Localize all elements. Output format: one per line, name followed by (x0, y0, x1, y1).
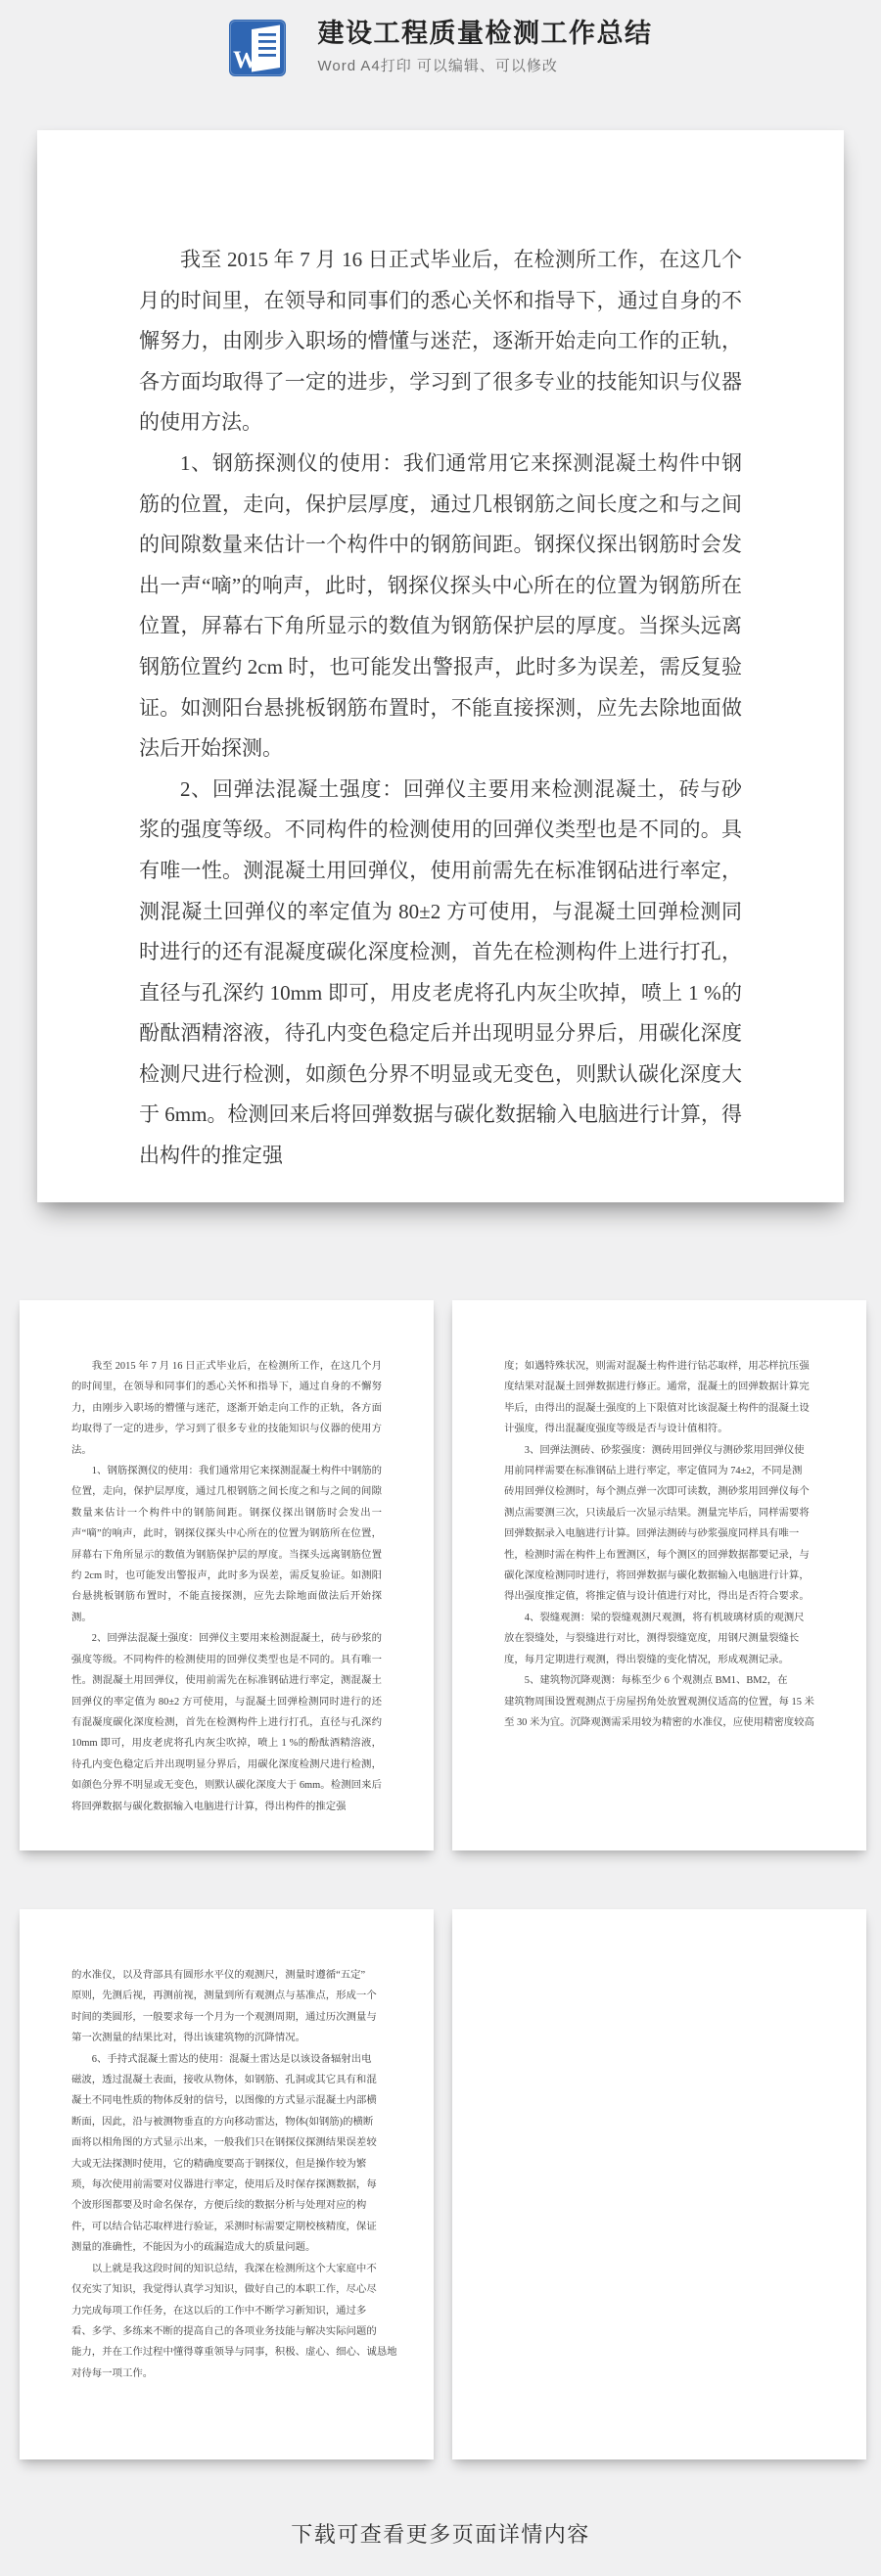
thumb-line: 毕后，由得出的混凝土强度的上下限值对比该混凝土构件的混凝土设 (504, 1398, 814, 1419)
thumb-line: 个波形图都要及时命名保存，方便后续的数据分析与处理对应的构 (71, 2195, 382, 2216)
thumb-line: 测量的准确性，不能因为小的疏漏造成大的质量问题。 (71, 2237, 382, 2258)
thumb-line: 5、建筑物沉降观测：每栋至少 6 个观测点 BM1、BM2，在 (504, 1670, 814, 1691)
thumb-line: 测点需要测三次，只读最后一次显示结果。测量完毕后，同样需要将 (504, 1503, 814, 1523)
thumb-line: 面将以相角图的方式显示出来，一般我们只在钢探仪探测结果误差较 (71, 2132, 382, 2153)
thumb-line: 碳化深度检测同时进行，将回弹数据与碳化数据输入电脑进行计算， (504, 1566, 814, 1586)
thumbnail-page-1-text: 我至 2015 年 7 月 16 日正式毕业后，在检测所工作，在这几个月的时间里… (71, 1356, 382, 1817)
thumbnail-page-2[interactable]: 度；如遇特殊状况，则需对混凝土构件进行钻芯取样，用芯样抗压强度结果对混凝土回弹数… (452, 1300, 866, 1850)
thumb-line: 时间的类圆形，一般要求每一个月为一个观测周期，通过历次测量与 (71, 2007, 382, 2028)
thumb-line: 4、裂缝观测：梁的裂缝观测尺观测，将有机玻璃材质的观测尺 (504, 1608, 814, 1628)
thumb-line: 3、回弹法测砖、砂浆强度：测砖用回弹仪与测砂浆用回弹仪使 (504, 1440, 814, 1461)
thumb-line: 砖用回弹仪检测时，每个测点弹一次即可读数，测砂浆用回弹仪每个 (504, 1481, 814, 1502)
thumb-line: 度结果对混凝土回弹数据进行修正。通常，混凝土的回弹数据计算完 (504, 1377, 814, 1397)
header-text-block: 建设工程质量检测工作总结 Word A4打印 可以编辑、可以修改 (318, 19, 653, 75)
thumbnail-page-3-text: 的水准仪，以及背部具有圆形水平仪的观测尺，测量时遵循“五定”原则，先测后视，再测… (71, 1965, 382, 2384)
thumbnail-page-1[interactable]: 我至 2015 年 7 月 16 日正式毕业后，在检测所工作，在这几个月的时间里… (20, 1300, 434, 1850)
thumb-line: 大或无法探测时使用，它的精确度要高于钢探仪，但是操作较为繁 (71, 2154, 382, 2175)
thumb-line: 对待每一项工作。 (71, 2364, 382, 2384)
thumb-line: 建筑物周围设置观测点于房屋拐角处放置观测仪适高的位置，每 15 米 (504, 1692, 814, 1712)
thumb-line: 的水准仪，以及背部具有圆形水平仪的观测尺，测量时遵循“五定” (71, 1965, 382, 1986)
thumb-paragraph: 2、回弹法混凝土强度：回弹仪主要用来检测混凝土，砖与砂浆的强度等级。不同构件的检… (71, 1628, 382, 1817)
document-subtitle: Word A4打印 可以编辑、可以修改 (318, 55, 653, 75)
thumbnail-grid: 我至 2015 年 7 月 16 日正式毕业后，在检测所工作，在这几个月的时间里… (20, 1300, 866, 2518)
thumbnail-page-3[interactable]: 的水准仪，以及背部具有圆形水平仪的观测尺，测量时遵循“五定”原则，先测后视，再测… (20, 1909, 434, 2459)
thumbnail-page-4[interactable] (452, 1909, 866, 2459)
thumb-line: 得出强度推定值，将推定值与设计值进行对比，得出是否符合要求。 (504, 1586, 814, 1607)
thumb-line: 度；如遇特殊状况，则需对混凝土构件进行钻芯取样，用芯样抗压强 (504, 1356, 814, 1377)
thumbnail-page-2-text: 度；如遇特殊状况，则需对混凝土构件进行钻芯取样，用芯样抗压强度结果对混凝土回弹数… (504, 1356, 814, 1733)
word-icon-letter: W (233, 47, 257, 73)
thumb-line: 原则，先测后视，再测前视，测量到所有观测点与基准点，形成一个 (71, 1986, 382, 2006)
thumb-line: 凝土不同电性质的物体反射的信号，以图像的方式显示混凝土内部横 (71, 2090, 382, 2111)
word-icon: W (229, 20, 286, 76)
thumb-line: 性，检测时需在构件上布置测区，每个测区的回弹数据都要记录，与 (504, 1545, 814, 1566)
thumb-line: 放在裂缝处，与裂缝进行对比，测得裂缝宽度，用钢尺测量裂缝长 (504, 1628, 814, 1649)
thumb-line: 仅充实了知识，我觉得认真学习知识，做好自己的本职工作，尽心尽 (71, 2279, 382, 2300)
thumb-line: 件，可以结合钻芯取样进行验证，采测时标需要定期校核精度，保证 (71, 2217, 382, 2237)
main-page-preview: 我至 2015 年 7 月 16 日正式毕业后，在检测所工作，在这几个月的时间里… (37, 130, 844, 1202)
thumb-paragraph: 我至 2015 年 7 月 16 日正式毕业后，在检测所工作，在这几个月的时间里… (71, 1356, 382, 1461)
page-canvas: W 建设工程质量检测工作总结 Word A4打印 可以编辑、可以修改 我至 20… (0, 0, 881, 2576)
thumb-line: 度，每月定期进行观测，得出裂缝的变化情况，形成观测记录。 (504, 1650, 814, 1670)
document-title: 建设工程质量检测工作总结 (318, 19, 653, 48)
doc-paragraph: 2、回弹法混凝土强度：回弹仪主要用来检测混凝土，砖与砂浆的强度等级。不同构件的检… (139, 770, 742, 1177)
thumb-line: 看、多学、多练来不断的提高自己的各项业务技能与解决实际问题的 (71, 2321, 382, 2342)
thumb-line: 磁波，透过混凝土表面，接收从物体，如钢筋、孔洞或其它具有和混 (71, 2070, 382, 2090)
doc-paragraph: 1、钢筋探测仪的使用：我们通常用它来探测混凝土构件中钢筋的位置，走向，保护层厚度… (139, 444, 742, 770)
thumb-line: 至 30 米为宜。沉降观测需采用较为精密的水准仪，应使用精密度较高 (504, 1712, 814, 1733)
thumb-paragraph: 1、钢筋探测仪的使用：我们通常用它来探测混凝土构件中钢筋的位置，走向，保护层厚度… (71, 1461, 382, 1628)
thumb-line: 琐，每次使用前需要对仪器进行率定，使用后及时保存探测数据，每 (71, 2175, 382, 2195)
thumb-line: 能力，并在工作过程中懂得尊重领导与同事，积极、虚心、细心、诚恳地 (71, 2342, 382, 2363)
thumb-line: 第一次测量的结果比对，得出该建筑物的沉降情况。 (71, 2028, 382, 2048)
thumb-line: 计强度，得出混凝度强度等级是否与设计值相符。 (504, 1419, 814, 1439)
main-page-text: 我至 2015 年 7 月 16 日正式毕业后，在检测所工作，在这几个月的时间里… (139, 240, 742, 1177)
thumb-line: 力完成每项工作任务，在这以后的工作中不断学习新知识，通过多 (71, 2301, 382, 2321)
footer-hint[interactable]: 下载可查看更多页面详情内容 (0, 2518, 881, 2549)
thumb-line: 回弹数据录入电脑进行计算。回弹法测砖与砂浆强度同样具有唯一 (504, 1523, 814, 1544)
doc-paragraph: 我至 2015 年 7 月 16 日正式毕业后，在检测所工作，在这几个月的时间里… (139, 240, 742, 444)
thumb-line: 断面，因此，沿与被测物垂直的方向移动雷达，物体(如钢筋)的横断 (71, 2112, 382, 2132)
thumb-line: 用前同样需要在标准钢砧上进行率定，率定值同为 74±2，不同是测 (504, 1461, 814, 1481)
thumb-line: 6、手持式混凝土雷达的使用：混凝土雷达是以该设备辐射出电 (71, 2049, 382, 2070)
header: W 建设工程质量检测工作总结 Word A4打印 可以编辑、可以修改 (0, 0, 881, 86)
thumb-line: 以上就是我这段时间的知识总结，我深在检测所这个大家庭中不 (71, 2259, 382, 2279)
